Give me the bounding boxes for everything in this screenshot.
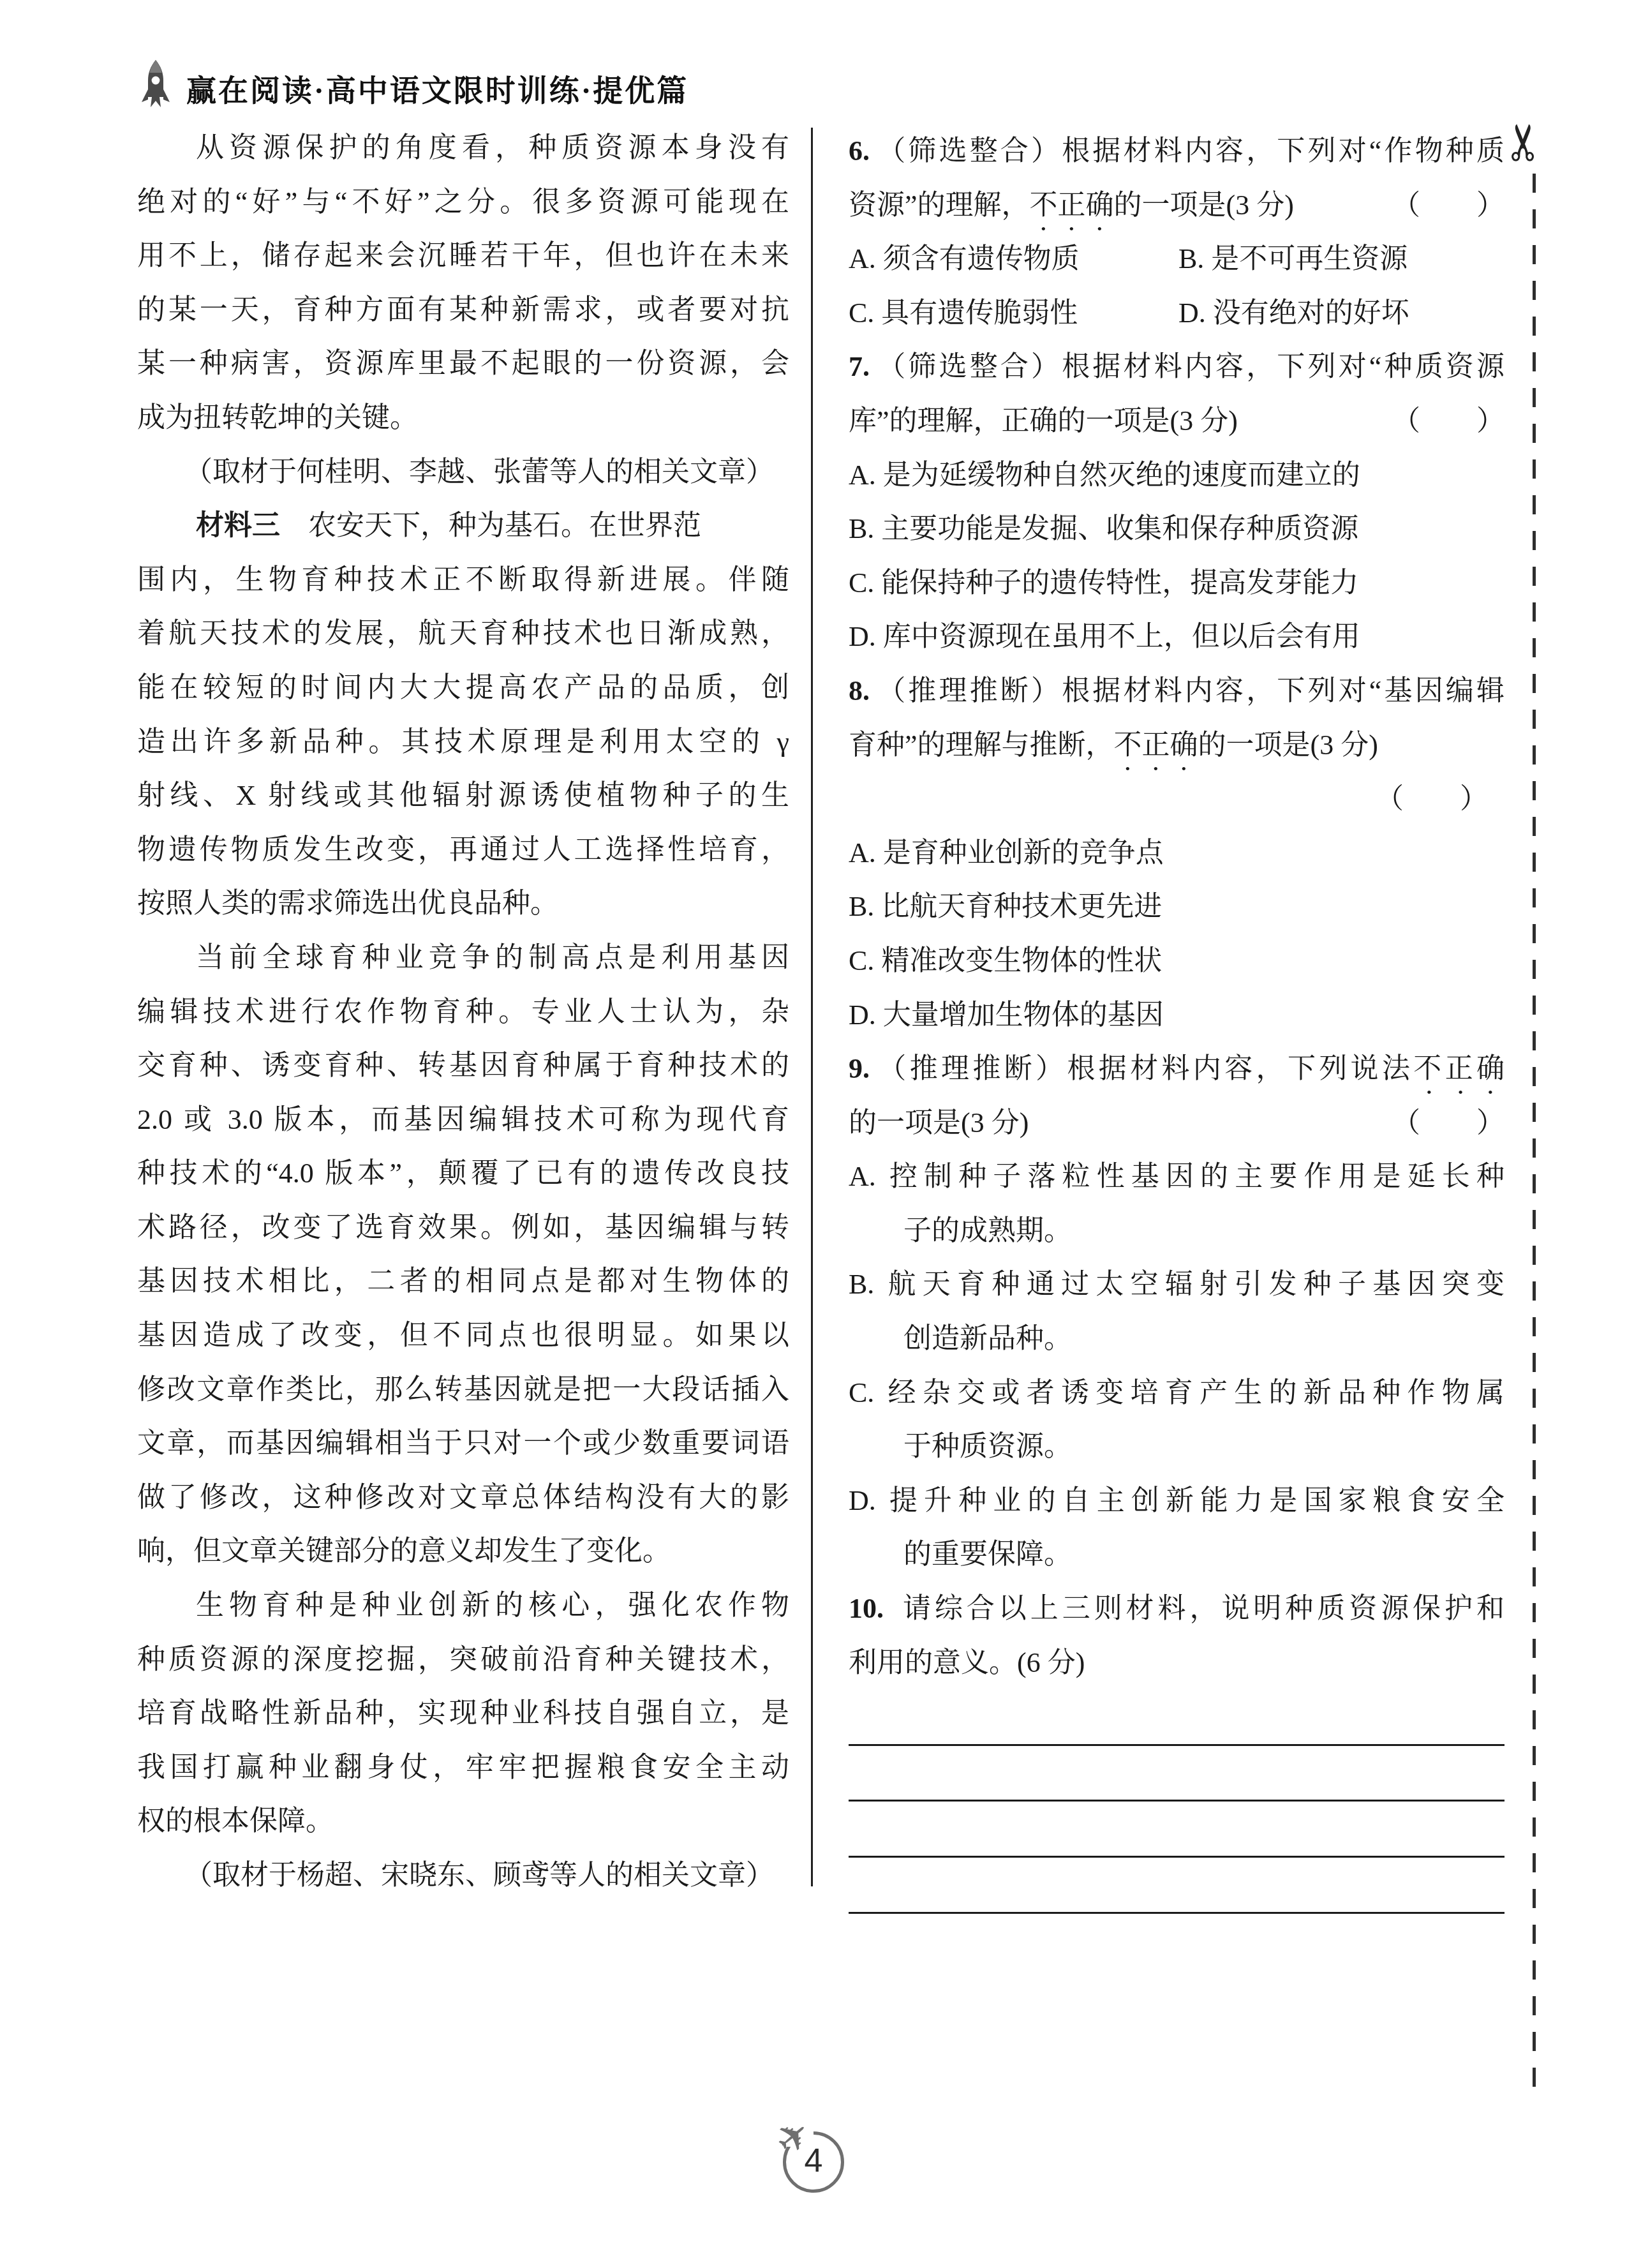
body-line: 种技术的“4.0 版本”，颠覆了已有的遗传改良技	[137, 1147, 789, 1201]
option-b: B. 航天育种通过太空辐射引发种子基因突变	[849, 1258, 1504, 1312]
column-divider	[811, 128, 813, 1886]
body-line: 基因技术相比，二者的相同点是都对生物体的	[137, 1255, 789, 1309]
attribution: （取材于何桂明、李越、张蕾等人的相关文章）	[137, 445, 789, 500]
question-6-options-cd: C. 具有遗传脆弱性D. 没有绝对的好坏	[849, 287, 1504, 341]
option-a: A. 是为延缓物种自然灭绝的速度而建立的	[849, 449, 1504, 503]
option-b: B. 比航天育种技术更先进	[849, 880, 1504, 934]
question-8-line-2: 育种”的理解与推断，不正确的一项是(3 分)	[849, 719, 1504, 773]
question-text: 根据材料内容，下列对“种质资源	[1062, 351, 1504, 382]
option-a: A. 控制种子落粒性基因的主要作用是延长种	[849, 1150, 1504, 1204]
question-text: 的一项是(3 分)	[1114, 190, 1294, 221]
body-line: 2.0 或 3.0 版本，而基因编辑技术可称为现代育	[137, 1093, 789, 1147]
option-a: A. 须含有遗传物质	[849, 232, 1178, 287]
body-line: 术路径，改变了选育效果。例如，基因编辑与转	[137, 1201, 789, 1255]
option-a: A. 是育种业创新的竞争点	[849, 826, 1504, 881]
page-header: 赢在阅读·高中语文限时训练·提优篇	[139, 59, 688, 117]
answer-line	[849, 1802, 1504, 1858]
option-b: B. 是不可再生资源	[1178, 243, 1408, 274]
left-column: 从资源保护的角度看，种质资源本身没有 绝对的“好”与“不好”之分。很多资源可能现…	[137, 121, 789, 1903]
question-6-line-1: 6.（筛选整合）根据材料内容，下列对“作物种质	[849, 124, 1504, 179]
body-line: 围内，生物育种技术正不断取得新进展。伴随	[137, 553, 789, 608]
scissors-icon: ✂	[1496, 121, 1553, 163]
question-text: 请综合以上三则材料，说明种质资源保护和	[899, 1593, 1504, 1624]
option-d: D. 没有绝对的好坏	[1178, 297, 1409, 329]
body-line: 编辑技术进行农作物育种。专业人士认为，杂	[137, 985, 789, 1040]
question-10-line-2: 利用的意义。(6 分)	[849, 1636, 1504, 1690]
question-tag: （推理推断）	[875, 1053, 1067, 1084]
question-tag: （筛选整合）	[875, 135, 1062, 167]
body-line: 种质资源的深度挖掘，突破前沿育种关键技术，	[137, 1633, 789, 1687]
rocket-icon	[139, 59, 172, 117]
answer-line	[849, 1858, 1504, 1914]
body-line: 做了修改，这种修改对文章总体结构没有大的影	[137, 1471, 789, 1525]
question-8-line-1: 8.（推理推断）根据材料内容，下列对“基因编辑	[849, 664, 1504, 719]
emphasized-text: 不正确	[1030, 190, 1114, 221]
page-title: 赢在阅读·高中语文限时训练·提优篇	[186, 67, 688, 110]
option-d: D. 库中资源现在虽用不上，但以后会有用	[849, 610, 1504, 664]
body-line: 的某一天，育种方面有某种新需求，或者要对抗	[137, 283, 789, 338]
body-line: 我国打赢种业翻身仗，牢牢把握粮食安全主动	[137, 1741, 789, 1795]
body-line: 某一种病害，资源库里最不起眼的一份资源，会	[137, 337, 789, 391]
attribution: （取材于杨超、宋晓东、顾鸢等人的相关文章）	[137, 1849, 789, 1903]
option-b-continued: 创造新品种。	[849, 1312, 1504, 1366]
page-footer: ✈ 4	[783, 2131, 844, 2193]
body-line: 从资源保护的角度看，种质资源本身没有	[137, 121, 789, 175]
question-number: 10.	[849, 1593, 884, 1624]
emphasized-text: 不正确	[1413, 1053, 1504, 1084]
body-line: 权的根本保障。	[137, 1794, 789, 1849]
body-line: 成为扭转乾坤的关键。	[137, 391, 789, 445]
question-tag: （推理推断）	[875, 675, 1062, 706]
answer-bracket: （ ）	[1392, 1096, 1504, 1151]
question-text: 的一项是(3 分)	[849, 1096, 1029, 1151]
option-c: C. 经杂交或者诱变培育产生的新品种作物属	[849, 1366, 1504, 1421]
option-a-continued: 子的成熟期。	[849, 1204, 1504, 1258]
answer-bracket: （ ）	[849, 772, 1504, 826]
option-c: C. 能保持种子的遗传特性，提高发芽能力	[849, 556, 1504, 611]
body-line: 射线、X 射线或其他辐射源诱使植物种子的生	[137, 769, 789, 823]
body-line: 着航天技术的发展，航天育种技术也日渐成熟，	[137, 607, 789, 661]
body-line: 能在较短的时间内大大提高农产品的品质，创	[137, 661, 789, 715]
question-6-line-2: 资源”的理解，不正确的一项是(3 分)（ ）	[849, 179, 1504, 233]
question-tag: （筛选整合）	[875, 351, 1062, 382]
page-number: 4	[783, 2131, 844, 2190]
emphasized-text: 不正确	[1114, 729, 1198, 761]
question-6-options-ab: A. 须含有遗传物质B. 是不可再生资源	[849, 232, 1504, 287]
question-text: 根据材料内容，下列对“作物种质	[1062, 135, 1504, 167]
question-9-line-1: 9.（推理推断）根据材料内容，下列说法不正确	[849, 1042, 1504, 1096]
body-line: 用不上，储存起来会沉睡若干年，但也许在未来	[137, 229, 789, 283]
material-heading-line: 材料三农安天下，种为基石。在世界范	[137, 499, 789, 553]
right-column: 6.（筛选整合）根据材料内容，下列对“作物种质 资源”的理解，不正确的一项是(3…	[849, 124, 1504, 1914]
answer-line	[849, 1690, 1504, 1746]
question-text: 根据材料内容，下列对“基因编辑	[1062, 675, 1504, 706]
material-label: 材料三	[196, 510, 280, 541]
option-d: D. 大量增加生物体的基因	[849, 989, 1504, 1043]
option-c: C. 精准改变生物体的性状	[849, 934, 1504, 989]
question-text: 的一项是(3 分)	[1198, 729, 1378, 761]
cut-dashed-line	[1533, 174, 1536, 2100]
question-7-line-2: 库”的理解，正确的一项是(3 分)（ ）	[849, 394, 1504, 449]
question-text: 育种”的理解与推断，	[849, 729, 1114, 761]
question-7-line-1: 7.（筛选整合）根据材料内容，下列对“种质资源	[849, 340, 1504, 394]
option-d-continued: 的重要保障。	[849, 1528, 1504, 1582]
question-number: 7.	[849, 351, 870, 382]
body-line: 修改文章作类比，那么转基因就是把一大段话插入	[137, 1363, 789, 1417]
answer-line	[849, 1746, 1504, 1802]
question-text: 资源”的理解，	[849, 190, 1030, 221]
question-9-line-2: 的一项是(3 分)（ ）	[849, 1096, 1504, 1151]
answer-bracket: （ ）	[1392, 394, 1504, 449]
question-text: 库”的理解，正确的一项是(3 分)	[849, 394, 1238, 449]
body-line: 生物育种是种业创新的核心，强化农作物	[137, 1579, 789, 1633]
option-c-continued: 于种质资源。	[849, 1420, 1504, 1474]
question-text: 根据材料内容，下列说法	[1067, 1053, 1413, 1084]
body-line: 农安天下，种为基石。在世界范	[308, 510, 701, 541]
body-line: 绝对的“好”与“不好”之分。很多资源可能现在	[137, 175, 789, 230]
body-line: 按照人类的需求筛选出优良品种。	[137, 877, 789, 931]
answer-bracket: （ ）	[1392, 179, 1504, 233]
option-b: B. 主要功能是发掘、收集和保存种质资源	[849, 502, 1504, 556]
question-number: 6.	[849, 135, 870, 167]
question-number: 9.	[849, 1053, 870, 1084]
question-10-line-1: 10.请综合以上三则材料，说明种质资源保护和	[849, 1582, 1504, 1636]
option-d: D. 提升种业的自主创新能力是国家粮食安全	[849, 1474, 1504, 1528]
body-line: 造出许多新品种。其技术原理是利用太空的 γ	[137, 715, 789, 770]
body-line: 物遗传物质发生改变，再通过人工选择性培育，	[137, 823, 789, 877]
workbook-page: 赢在阅读·高中语文限时训练·提优篇 从资源保护的角度看，种质资源本身没有 绝对的…	[0, 0, 1627, 2268]
question-text: 资源”的理解，不正确的一项是(3 分)	[849, 179, 1294, 233]
body-line: 培育战略性新品种，实现种业科技自强自立，是	[137, 1687, 789, 1741]
body-line: 基因造成了改变，但不同点也很明显。如果以	[137, 1309, 789, 1363]
option-c: C. 具有遗传脆弱性	[849, 287, 1178, 341]
body-line: 响，但文章关键部分的意义却发生了变化。	[137, 1525, 789, 1579]
body-line: 文章，而基因编辑相当于只对一个或少数重要词语	[137, 1417, 789, 1471]
question-number: 8.	[849, 675, 870, 706]
body-line: 当前全球育种业竞争的制高点是利用基因	[137, 931, 789, 985]
body-line: 交育种、诱变育种、转基因育种属于育种技术的	[137, 1039, 789, 1093]
